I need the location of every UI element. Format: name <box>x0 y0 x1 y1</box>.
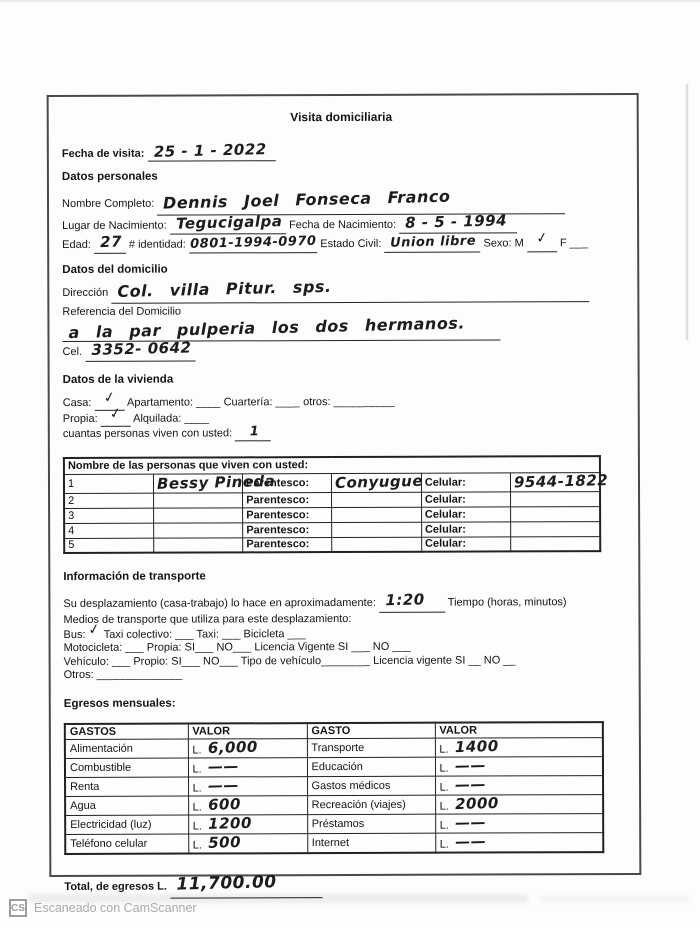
estado-civil-label: Estado Civil: <box>320 238 381 250</box>
field-tipo-vivienda: Casa: ✓ Apartamento: ____ Cuartería: ___… <box>63 393 622 411</box>
table-row: Combustible L.—— Educación L.—— <box>65 757 603 778</box>
casa-otros-label: Apartamento: ____ Cuartería: ____ otros:… <box>127 396 395 409</box>
otros-label: Otros: ______________ <box>64 667 623 682</box>
propia-label: Propia: <box>63 413 98 425</box>
camscanner-logo-icon: CS <box>9 899 27 917</box>
form-title: Visita domiciliaria <box>62 109 621 125</box>
parentesco-label: Parentesco: <box>243 522 332 537</box>
currency-label: L. <box>192 763 201 775</box>
gasto-label: Agua <box>65 796 188 815</box>
desplazamiento-value: 1:20 <box>385 591 425 609</box>
personas-table: Nombre de las personas que viven con ust… <box>63 455 601 554</box>
total-label: Total, de egresos L. <box>64 881 167 893</box>
gasto-label: Teléfono celular <box>65 834 188 854</box>
estado-civil-value: Union libre <box>390 234 476 252</box>
currency-label: L. <box>439 763 448 775</box>
col-header-valor: VALOR <box>188 723 307 739</box>
direccion-value: Col. villa Pitur. sps. <box>117 277 332 302</box>
currency-label: L. <box>193 820 202 832</box>
col-header-gastos: GASTOS <box>65 723 188 739</box>
celular-label: Celular: <box>421 491 510 506</box>
checkmark-icon: ✓ <box>102 390 117 406</box>
fecha-visita-label: Fecha de visita: <box>62 148 145 160</box>
identidad-label: # identidad: <box>129 239 186 251</box>
valor-value: —— <box>208 776 239 795</box>
valor-value: —— <box>455 832 486 851</box>
valor-value: 1200 <box>208 814 252 833</box>
valor-value: —— <box>207 757 238 776</box>
celular-label: Celular: <box>421 536 510 551</box>
gasto-label: Internet <box>307 833 435 853</box>
valor-value: 500 <box>208 833 241 852</box>
celular-value: 3352- 0642 <box>91 339 191 358</box>
celular-label: Celular: <box>421 506 510 521</box>
parentesco-value: Conyugue <box>335 471 423 491</box>
table-row: Electricidad (luz) L.1200 Préstamos L.—— <box>65 814 603 835</box>
egresos-header-row: GASTOS VALOR GASTO VALOR <box>65 722 603 740</box>
form-page: Visita domiciliaria Fecha de visita: 25 … <box>47 93 642 877</box>
section-egresos: Egresos mensuales: <box>64 696 623 710</box>
celular-label: Celular: <box>421 472 510 491</box>
scan-line-artifact <box>686 84 688 340</box>
fecha-nacimiento-value: 8 - 5 - 1994 <box>405 212 507 230</box>
fecha-visita-value: 25 - 1 - 2022 <box>153 142 266 159</box>
field-propiedad: Propia: ✓ Alquilada: ____ <box>63 409 622 427</box>
currency-label: L. <box>193 801 202 813</box>
row-number: 4 <box>64 523 153 538</box>
row-number: 2 <box>64 493 153 508</box>
currency-label: L. <box>193 839 202 851</box>
gasto-label: Alimentación <box>65 739 188 758</box>
referencia-value: a la par pulperia los dos hermanos. <box>68 314 465 341</box>
gasto-label: Combustible <box>65 758 188 777</box>
table-row: 5 Parentesco: Celular: <box>64 536 600 553</box>
valor-value: 2000 <box>455 794 499 813</box>
checkmark-icon: ✓ <box>108 406 123 422</box>
table-row: 1 Bessy Pineda Parentesco: Conyugue Celu… <box>64 472 600 493</box>
section-datos-personales: Datos personales <box>62 169 621 183</box>
checkmark-icon: ✓ <box>534 229 549 247</box>
casa-label: Casa: <box>63 397 92 409</box>
currency-label: L. <box>440 782 449 794</box>
valor-value: 6,000 <box>207 738 257 757</box>
nombre-value: Dennis Joel Fonseca Franco <box>163 186 451 215</box>
currency-label: L. <box>193 782 202 794</box>
camscanner-watermark: CS Escaneado con CamScanner <box>9 899 197 917</box>
fecha-nacimiento-label: Fecha de Nacimiento: <box>289 219 396 231</box>
parentesco-label: Parentesco: <box>243 492 332 507</box>
gasto-label: Renta <box>65 777 188 796</box>
field-edad-identidad: Edad: 27 # identidad: 0801-1994-0970 Est… <box>62 233 621 254</box>
table-row: Alimentación L.6,000 Transporte L.1400 <box>65 738 603 759</box>
camscanner-watermark-text: Escaneado con CamScanner <box>34 901 197 915</box>
field-cuantas-personas: cuantas personas viven con usted: 1 <box>63 425 622 442</box>
celular-label: Cel. <box>63 346 83 358</box>
personas-table-header-row: Nombre de las personas que viven con ust… <box>64 456 600 474</box>
field-direccion: Dirección Col. villa Pitur. sps. <box>62 279 621 304</box>
celular-label: Celular: <box>421 521 510 536</box>
col-header-gasto: GASTO <box>307 722 435 738</box>
field-celular: Cel. 3352- 0642 <box>62 340 621 362</box>
field-total-egresos: Total, de egresos L. 11,700.00 <box>64 872 623 899</box>
bus-label: Bus: <box>63 628 85 640</box>
col-header-valor: VALOR <box>435 722 603 739</box>
personas-table-header: Nombre de las personas que viven con ust… <box>64 456 600 474</box>
section-datos-vivienda: Datos de la vivienda <box>63 372 622 386</box>
scan-edge-artifact <box>0 0 700 2</box>
lugar-nacimiento-label: Lugar de Nacimiento: <box>62 220 167 232</box>
row-number: 1 <box>64 474 153 493</box>
sexo-label: Sexo: M <box>483 237 523 249</box>
field-desplazamiento: Su desplazamiento (casa-trabajo) lo hace… <box>63 592 622 614</box>
checkmark-icon: ✓ <box>87 622 101 637</box>
referencia-label: Referencia del Domicilio <box>62 306 181 318</box>
valor-value: 600 <box>208 795 241 814</box>
field-nombre-completo: Nombre Completo: Dennis Joel Fonseca Fra… <box>62 189 621 216</box>
edad-label: Edad: <box>62 239 91 251</box>
currency-label: L. <box>440 820 449 832</box>
taxi-bicicleta-label: Taxi colectivo: ___ Taxi: ___ Bicicleta … <box>104 628 306 641</box>
edad-value: 27 <box>100 234 122 251</box>
gasto-label: Préstamos <box>307 814 435 833</box>
scanned-document: Visita domiciliaria Fecha de visita: 25 … <box>0 0 700 928</box>
nombre-label: Nombre Completo: <box>62 198 154 210</box>
currency-label: L. <box>192 744 201 756</box>
valor-value: 1400 <box>454 737 498 756</box>
cuantas-label: cuantas personas viven con usted: <box>63 427 232 440</box>
gasto-label: Electricidad (luz) <box>65 815 188 834</box>
egresos-table: GASTOS VALOR GASTO VALOR Alimentación L.… <box>64 721 604 855</box>
total-value: 11,700.00 <box>176 871 277 895</box>
alquilada-label: Alquilada: ____ <box>133 412 209 424</box>
celular-value: 9544-1822 <box>514 471 609 491</box>
direccion-label: Dirección <box>62 287 108 299</box>
row-number: 5 <box>64 538 153 553</box>
section-transporte: Información de transporte <box>63 569 622 583</box>
identidad-value: 0801-1994-0970 <box>190 234 317 253</box>
sexo-f-label: F ___ <box>560 237 588 249</box>
table-row: Renta L.—— Gastos médicos L.—— <box>65 776 603 797</box>
gasto-label: Educación <box>307 757 435 776</box>
currency-label: L. <box>439 744 448 756</box>
desplazamiento-label: Su desplazamiento (casa-trabajo) lo hace… <box>63 597 375 610</box>
gasto-label: Gastos médicos <box>307 776 435 795</box>
lugar-nacimiento-value: Tegucigalpa <box>176 213 283 232</box>
person-name: Bessy Pineda <box>157 472 276 493</box>
currency-label: L. <box>440 839 449 851</box>
gasto-label: Recreación (viajes) <box>307 795 435 814</box>
field-fecha-visita: Fecha de visita: 25 - 1 - 2022 <box>62 143 621 162</box>
section-datos-domicilio: Datos del domicilio <box>62 262 621 276</box>
gasto-label: Transporte <box>307 738 435 757</box>
currency-label: L. <box>440 801 449 813</box>
valor-value: —— <box>455 775 486 794</box>
row-number: 3 <box>64 508 153 523</box>
valor-value: —— <box>454 756 485 775</box>
table-row: Teléfono celular L.500 Internet L.—— <box>65 833 603 854</box>
parentesco-label: Parentesco: <box>243 537 332 552</box>
table-row: Agua L.600 Recreación (viajes) L.2000 <box>65 795 603 816</box>
cuantas-value: 1 <box>249 425 259 439</box>
tiempo-label: Tiempo (horas, minutos) <box>448 596 567 608</box>
parentesco-label: Parentesco: <box>243 507 332 522</box>
field-referencia: Referencia del Domicilio a la par pulper… <box>62 302 621 342</box>
valor-value: —— <box>455 813 486 832</box>
